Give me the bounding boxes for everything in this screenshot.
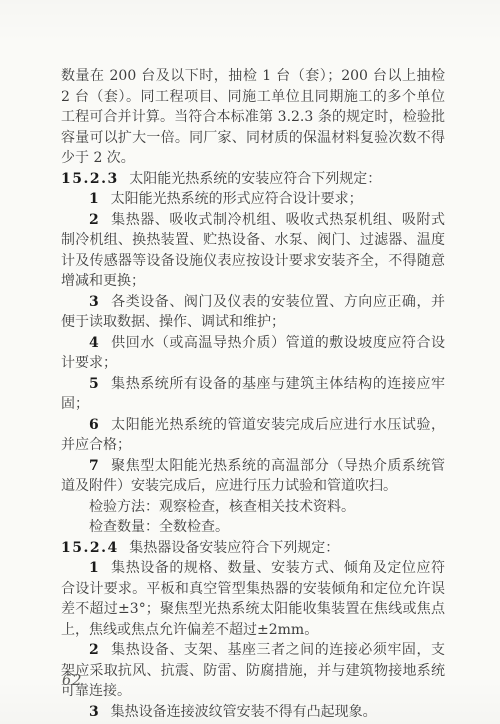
clause-15-2-3-number: 15.2.3: [61, 171, 119, 187]
clause-15-2-4-title: 集热器设备安装应符合下列规定：: [129, 540, 339, 556]
inspection-method-text: 检验方法：观察检查，核查相关技术资料。: [89, 499, 355, 515]
item-number: 1: [89, 560, 99, 576]
item-text: 集热设备的规格、数量、安装方式、倾角及定位应符合设计要求。平板和真空管型集热器的…: [61, 560, 445, 638]
clause-15-2-3-item-7: 7聚焦型太阳能光热系统的高温部分（导热介质系统管道及附件）安装完成后，应进行压力…: [61, 456, 445, 497]
item-number: 6: [89, 417, 99, 433]
clause-15-2-3-item-3: 3各类设备、阀门及仪表的安装位置、方向应正确，并便于读取数据、操作、调试和维护；: [61, 292, 445, 333]
clause-15-2-3-title: 太阳能光热系统的安装应符合下列规定：: [129, 171, 381, 187]
item-text: 各类设备、阀门及仪表的安装位置、方向应正确，并便于读取数据、操作、调试和维护；: [61, 294, 445, 331]
clause-15-2-3-heading: 15.2.3太阳能光热系统的安装应符合下列规定：: [61, 169, 445, 190]
item-number: 3: [89, 704, 99, 720]
item-number: 4: [89, 335, 99, 351]
item-text: 太阳能光热系统的管道安装完成后应进行水压试验，并应合格；: [61, 417, 445, 454]
document-page: 数量在 200 台及以下时，抽检 1 台（套）；200 台以上抽检 2 台（套）…: [0, 0, 500, 724]
item-number: 5: [89, 376, 99, 392]
item-text: 集热器、吸收式制冷机组、吸收式热泵机组、吸附式制冷机组、换热装置、贮热设备、水泵…: [61, 212, 445, 290]
clause-15-2-3-item-2: 2集热器、吸收式制冷机组、吸收式热泵机组、吸附式制冷机组、换热装置、贮热设备、水…: [61, 210, 445, 292]
item-text: 太阳能光热系统的形式应符合设计要求；: [111, 191, 363, 207]
intro-paragraph: 数量在 200 台及以下时，抽检 1 台（套）；200 台以上抽检 2 台（套）…: [61, 66, 445, 169]
text-block: 数量在 200 台及以下时，抽检 1 台（套）；200 台以上抽检 2 台（套）…: [61, 66, 445, 722]
item-number: 1: [89, 191, 99, 207]
item-number: 7: [89, 458, 99, 474]
item-number: 2: [89, 212, 99, 228]
clause-15-2-3-item-6: 6太阳能光热系统的管道安装完成后应进行水压试验，并应合格；: [61, 415, 445, 456]
clause-15-2-4-item-1: 1集热设备的规格、数量、安装方式、倾角及定位应符合设计要求。平板和真空管型集热器…: [61, 558, 445, 640]
item-text: 集热设备连接波纹管安装不得有凸起现象。: [111, 704, 377, 720]
item-text: 集热系统所有设备的基座与建筑主体结构的连接应牢固；: [61, 376, 445, 413]
clause-15-2-3-item-5: 5集热系统所有设备的基座与建筑主体结构的连接应牢固；: [61, 374, 445, 415]
item-text: 集热设备、支架、基座三者之间的连接必须牢固，支架应采取抗风、抗震、防雷、防腐措施…: [61, 642, 445, 699]
inspection-quantity-text: 检查数量：全数检查。: [89, 519, 229, 535]
item-number: 2: [89, 642, 99, 658]
clause-15-2-4-item-3: 3集热设备连接波纹管安装不得有凸起现象。: [61, 702, 445, 723]
clause-15-2-3-item-1: 1太阳能光热系统的形式应符合设计要求；: [61, 189, 445, 210]
clause-15-2-3-item-4: 4供回水（或高温导热介质）管道的敷设坡度应符合设计要求；: [61, 333, 445, 374]
clause-15-2-4-heading: 15.2.4集热器设备安装应符合下列规定：: [61, 538, 445, 559]
item-text: 聚焦型太阳能光热系统的高温部分（导热介质系统管道及附件）安装完成后，应进行压力试…: [61, 458, 445, 495]
inspection-quantity-line: 检查数量：全数检查。: [61, 517, 445, 538]
item-number: 3: [89, 294, 99, 310]
clause-15-2-4-number: 15.2.4: [61, 540, 119, 556]
page-number: 62: [62, 673, 82, 689]
item-text: 供回水（或高温导热介质）管道的敷设坡度应符合设计要求；: [61, 335, 445, 372]
inspection-method-line: 检验方法：观察检查，核查相关技术资料。: [61, 497, 445, 518]
intro-paragraph-text: 数量在 200 台及以下时，抽检 1 台（套）；200 台以上抽检 2 台（套）…: [61, 68, 445, 166]
clause-15-2-4-item-2: 2集热设备、支架、基座三者之间的连接必须牢固，支架应采取抗风、抗震、防雷、防腐措…: [61, 640, 445, 702]
